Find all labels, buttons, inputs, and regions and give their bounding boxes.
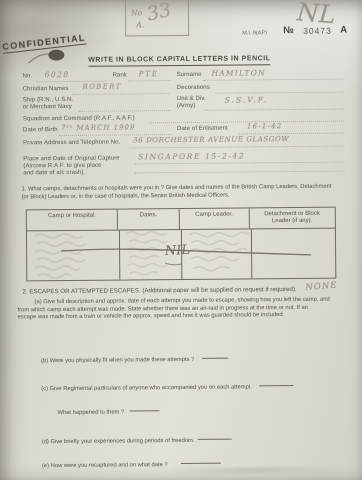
rule-line xyxy=(79,110,171,112)
field-address-value: 36 DORCHESTER AVENUE GLASGOW xyxy=(133,135,289,144)
field-rank-value: PTE xyxy=(139,69,159,78)
field-surname-value: HAMILTON xyxy=(212,68,266,77)
camps-table: Camp or Hospital. Dates. Camp Leader. De… xyxy=(26,207,337,282)
number-symbol: № xyxy=(283,25,294,36)
answer-line xyxy=(198,439,232,440)
field-christian-label: Christian Names xyxy=(23,86,69,92)
question-2d-text: (d) Give briefly your experiences during… xyxy=(42,438,195,445)
question-2c-followup-text: What happened to them ? xyxy=(57,410,124,417)
field-enlistment-value: 16-1-42 xyxy=(247,122,282,130)
question-2d: (d) Give briefly your experiences during… xyxy=(42,438,232,446)
field-ship-label-2: or Merchant Navy xyxy=(23,104,72,110)
question-2c-followup: What happened to them ? xyxy=(57,409,159,416)
box-a-label: A. xyxy=(136,20,144,29)
rule-line xyxy=(134,171,344,174)
answer-line xyxy=(130,410,160,411)
question-1-line-1: 1. What camps, detachments or hospitals … xyxy=(22,184,332,193)
rule-line xyxy=(129,146,344,149)
field-address-label: Private Address and Telephone No. xyxy=(23,140,120,147)
field-no-label: No. xyxy=(23,73,33,79)
field-unit-label-2: (Army) xyxy=(177,103,196,109)
answer-line xyxy=(202,358,228,359)
field-rank-label: Rank xyxy=(113,72,127,78)
field-capture-label-1: Place and Date of Original Capture xyxy=(23,156,120,163)
table-body-marks: NIL xyxy=(27,208,338,283)
question-2-answer-handwriting: NONE xyxy=(305,281,338,293)
question-2e-text: (e) How were you recaptured and on what … xyxy=(42,462,168,469)
scanned-document-page: CONFIDENTIAL No A. 33 NL M.I. 9(AP) № 30… xyxy=(0,0,362,480)
answer-line xyxy=(260,385,294,386)
rule-line xyxy=(73,93,169,95)
question-1-line-2: (or Block) Leaders or, in the case of ho… xyxy=(22,192,230,200)
rule-line xyxy=(239,133,344,135)
nil-handwriting: NIL xyxy=(163,243,190,260)
field-enlistment-label: Date of Enlistment xyxy=(177,126,228,132)
rule-line xyxy=(129,80,171,81)
serial-number: 30473 xyxy=(303,26,332,36)
instruction-heading: WRITE IN BLOCK CAPITAL LETTERS IN PENCIL xyxy=(88,55,270,66)
serial-suffix: A xyxy=(340,25,347,36)
field-christian-value: ROBERT xyxy=(83,83,122,91)
field-decorations-label: Decorations xyxy=(177,85,210,91)
form-reference: M.I. 9(AP) xyxy=(242,30,267,36)
rule-line xyxy=(204,79,344,81)
rule-line xyxy=(215,92,344,94)
field-unit-value: S.S.V.F. xyxy=(225,95,268,104)
field-surname-label: Surname xyxy=(177,72,202,78)
box-handwritten-number: 33 xyxy=(145,0,173,26)
field-capture-value: SINGAPORE 15-2-42 xyxy=(138,151,245,161)
question-2-heading: 2. ESCAPES OR ATTEMPTED ESCAPES. (Additi… xyxy=(22,286,296,295)
question-2b-text: (b) Were you physically fit when you mad… xyxy=(41,357,194,364)
answer-line xyxy=(181,463,221,464)
field-capture-label-2: (Aircrew R.A.F. to give place xyxy=(23,163,101,170)
rule-line xyxy=(134,162,344,165)
question-2c: (c) Give Regimental particulars of anyon… xyxy=(41,384,293,392)
pencil-number-box: No A. 33 xyxy=(125,0,189,36)
field-dob-label: Date of Birth xyxy=(23,127,58,133)
pencil-scribble-mark xyxy=(26,43,72,67)
question-2a-line-3: escape was made from a train or vehicle … xyxy=(18,312,285,320)
paper-sheet: CONFIDENTIAL No A. 33 NL M.I. 9(AP) № 30… xyxy=(0,0,362,480)
field-ship-label-1: Ship (R.N., U.S.N. xyxy=(23,97,74,103)
rule-line xyxy=(205,109,344,111)
field-unit-label-1: Unit & Div. xyxy=(177,96,206,102)
field-no-value: 6028 xyxy=(45,70,70,79)
field-squadron-label: Squadron and Command (R.A.F., A.A.F.) xyxy=(23,115,135,122)
question-2c-text: (c) Give Regimental particulars of anyon… xyxy=(41,384,252,392)
field-capture-label-3: and date of a/c crash). xyxy=(23,170,85,177)
bleed-through-mark xyxy=(162,467,342,475)
question-2b: (b) Were you physically fit when you mad… xyxy=(41,357,228,365)
field-dob-value: 7ᵗʰ MARCH 1909 xyxy=(61,123,136,132)
box-no-label: No xyxy=(131,8,142,17)
